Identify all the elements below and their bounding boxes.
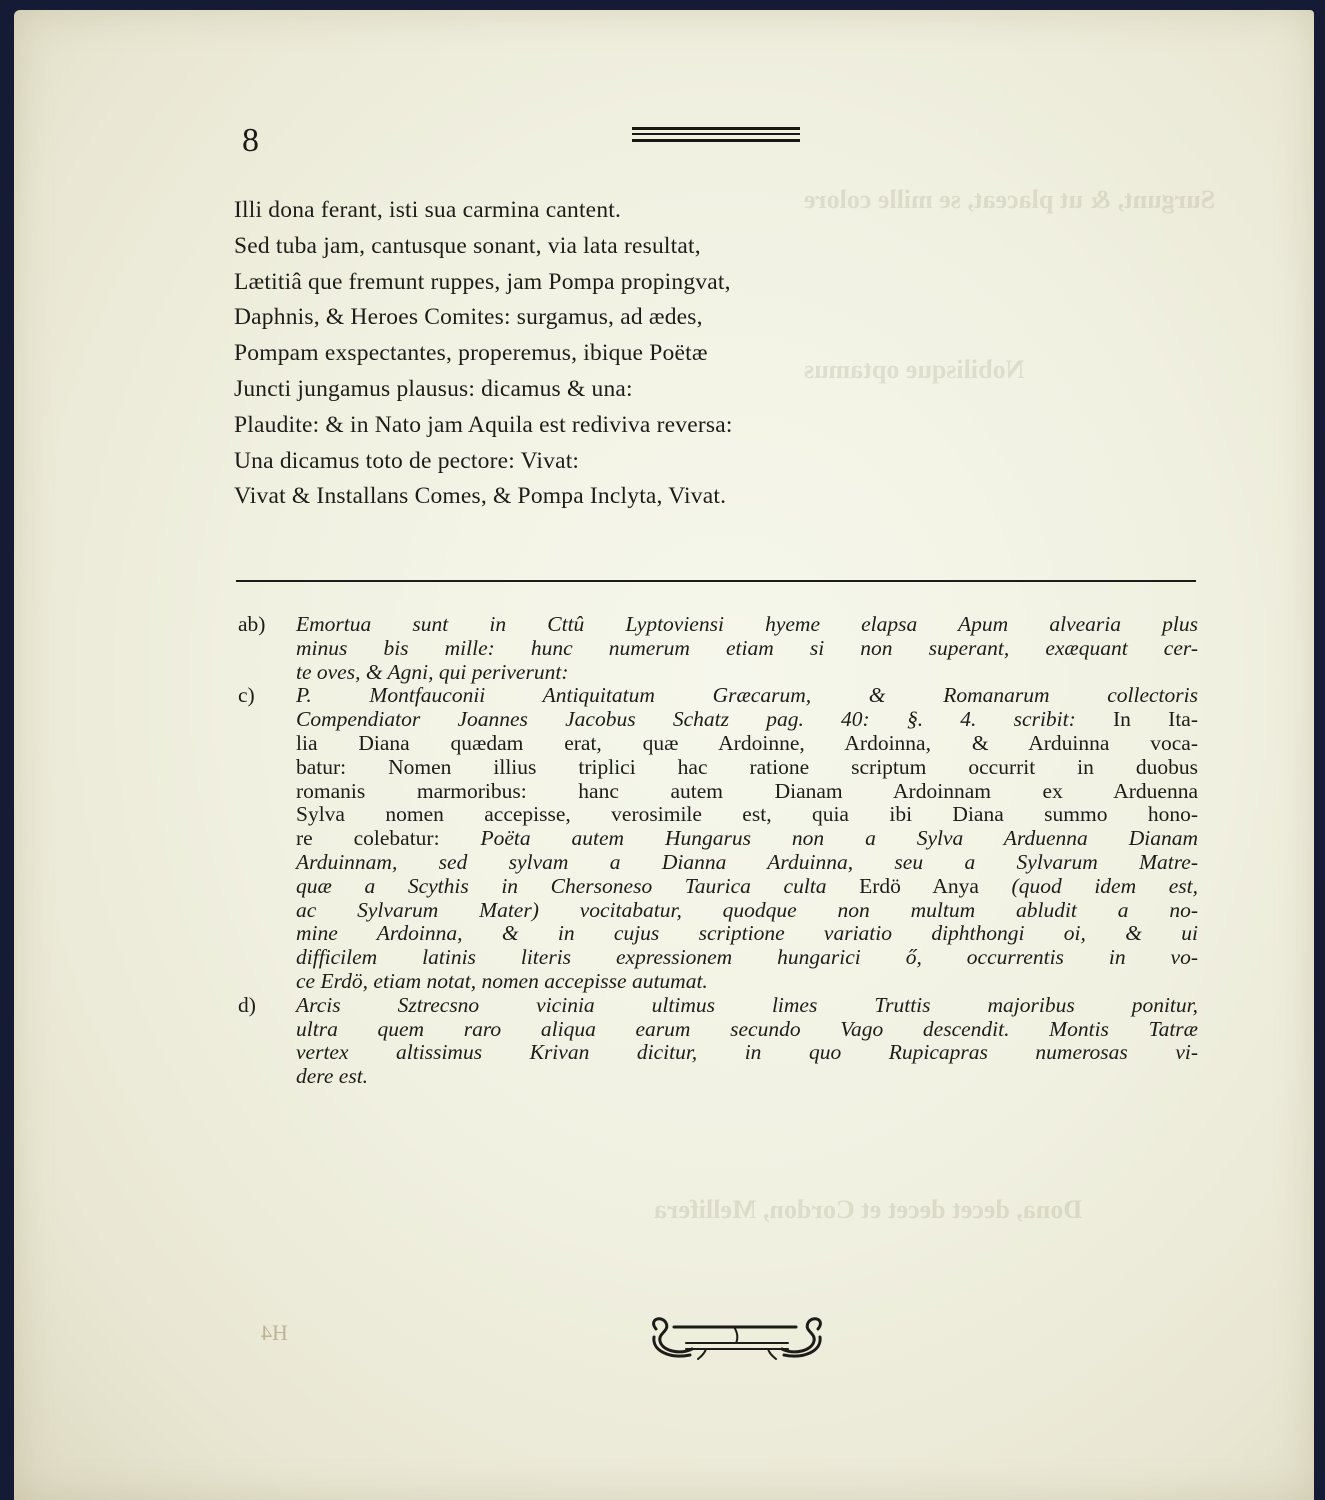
- footnote: d)Arcis Sztrecsno vicinia ultimus limes …: [238, 994, 1198, 1089]
- footnote-line: ac Sylvarum Mater) vocitabatur, quodque …: [296, 899, 1198, 923]
- footnote-text: Emortua sunt in Cttû Lyptoviensi hyeme e…: [296, 613, 1198, 684]
- footnote-line: quæ a Scythis in Chersoneso Taurica cult…: [296, 875, 1198, 899]
- footnote-line: Arcis Sztrecsno vicinia ultimus limes Tr…: [296, 994, 1198, 1018]
- book-page: Surgunt, & ut placeat, se mille colore N…: [14, 10, 1314, 1500]
- verse-line: Vivat & Installans Comes, & Pompa Inclyt…: [234, 479, 733, 515]
- footnote-line: Compendiator Joannes Jacobus Schatz pag.…: [296, 708, 1198, 732]
- page-number: 8: [242, 122, 259, 160]
- bleed-through-text: Nobilisque optamus: [804, 355, 1024, 385]
- footnote-line: P. Montfauconii Antiquitatum Græcarum, &…: [296, 684, 1198, 708]
- verse-line: Daphnis, & Heroes Comites: surgamus, ad …: [234, 300, 733, 336]
- header-rule-ornament: [632, 127, 800, 145]
- footnote-line: vertex altissimus Krivan dicitur, in quo…: [296, 1041, 1198, 1065]
- verse-line: Illi dona ferant, isti sua carmina cante…: [234, 193, 733, 229]
- footnote-line: romanis marmoribus: hanc autem Dianam Ar…: [296, 780, 1198, 804]
- footnote-marker: c): [238, 684, 296, 993]
- footnotes: ab)Emortua sunt in Cttû Lyptoviensi hyem…: [238, 613, 1198, 1089]
- footnote-line: batur: Nomen illius triplici hac ratione…: [296, 756, 1198, 780]
- footnote-separator-rule: [236, 580, 1196, 582]
- footnote-line: mine Ardoinna, & in cujus scriptione var…: [296, 922, 1198, 946]
- verse-line: Sed tuba jam, cantusque sonant, via lata…: [234, 229, 733, 265]
- verse-block: Illi dona ferant, isti sua carmina cante…: [234, 193, 733, 515]
- footnote-line: Sylva nomen accepisse, verosimile est, q…: [296, 803, 1198, 827]
- footnote-line: lia Diana quædam erat, quæ Ardoinne, Ard…: [296, 732, 1198, 756]
- bleed-through-text: Surgunt, & ut placeat, se mille colore: [804, 185, 1215, 215]
- footnote: c)P. Montfauconii Antiquitatum Græcarum,…: [238, 684, 1198, 993]
- footnote-line: te oves, & Agni, qui periverunt:: [296, 661, 1198, 685]
- verse-line: Lætitiâ que fremunt ruppes, jam Pompa pr…: [234, 265, 733, 301]
- footnote-line: minus bis mille: hunc numerum etiam si n…: [296, 637, 1198, 661]
- footnote-line: re colebatur: Poëta autem Hungarus non a…: [296, 827, 1198, 851]
- verse-line: Plaudite: & in Nato jam Aquila est rediv…: [234, 408, 733, 444]
- footnote-line: Emortua sunt in Cttû Lyptoviensi hyeme e…: [296, 613, 1198, 637]
- footnote-line: difficilem latinis literis expressionem …: [296, 946, 1198, 970]
- footnote-marker: d): [238, 994, 296, 1089]
- tailpiece-ornament-icon: [646, 1315, 828, 1361]
- verse-line: Juncti jungamus plausus: dicamus & una:: [234, 372, 733, 408]
- verse-line: Una dicamus toto de pectore: Vivat:: [234, 444, 733, 480]
- footnote-text: P. Montfauconii Antiquitatum Græcarum, &…: [296, 684, 1198, 993]
- verse-line: Pompam exspectantes, properemus, ibique …: [234, 336, 733, 372]
- footnote-line: Arduinnam, sed sylvam a Dianna Arduinna,…: [296, 851, 1198, 875]
- footnote-line: ce Erdö, etiam notat, nomen accepisse au…: [296, 970, 1198, 994]
- bleed-through-text: Dona, decet decet et Cordon, Mellifera: [654, 1195, 1082, 1225]
- footnote-marker: ab): [238, 613, 296, 684]
- footnote-line: ultra quem raro aliqua earum secundo Vag…: [296, 1018, 1198, 1042]
- footnote-line: dere est.: [296, 1065, 1198, 1089]
- bleed-through-signature-mark: H4: [261, 1320, 288, 1346]
- footnote: ab)Emortua sunt in Cttû Lyptoviensi hyem…: [238, 613, 1198, 684]
- footnote-text: Arcis Sztrecsno vicinia ultimus limes Tr…: [296, 994, 1198, 1089]
